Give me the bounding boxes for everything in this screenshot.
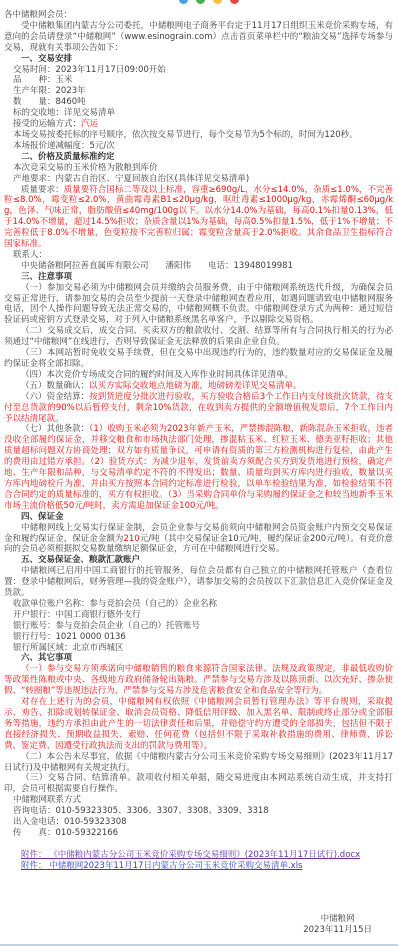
origin-line: 产地要求：内蒙古自治区、宁夏回族自治区(具体详见交易清单) xyxy=(4,174,393,185)
section-3-title: 三、注意事项 xyxy=(4,272,393,283)
funds-phone-line: 出入金电话：010-59323308 xyxy=(4,817,393,828)
platform-contact-title: 中储粮网联系方式 xyxy=(4,795,393,806)
signature-org: 中储粮网 xyxy=(303,914,372,925)
section-2-title: 二、价格及质量标准约定 xyxy=(4,152,393,163)
bid-step-line: 本场报价递减幅度：5元/次 xyxy=(4,141,393,152)
settlement-label: （六）资金结算： xyxy=(21,392,89,402)
quantity-confirm-label: （五）数量确认： xyxy=(21,381,89,391)
bank-account-line: 银行账号：参与竞拍会员企业（自己的）托管账号 xyxy=(4,621,393,632)
documents-auto-generate-paragraph: （三）交易合同、结算清单、款项收付相关单据，随交易进度由本网站系统自动生成，并支… xyxy=(4,773,393,795)
bank-intro-paragraph: 中储粮网已启用中国工商银行的托管服务，每位会员都有自己独立的中储粮网托管账户（查… xyxy=(4,566,393,599)
share-yellow-icon[interactable] xyxy=(213,0,222,4)
transport-value: 汽运 xyxy=(81,119,98,129)
section-6-title: 六、其它事项 xyxy=(4,653,393,664)
production-year-line: 生产年限：2023年 xyxy=(4,86,393,97)
note-6-paragraph: （六）资金结算：按到货进度分批次进行验收，买方验收合格后3个工作日内支付该批次货… xyxy=(4,392,393,425)
note-3-paragraph: （三）本网站暂时免收交易手续费，但在交易中出现违约行为的，违约数量对应的交易保证… xyxy=(4,348,393,370)
compliance-paragraph: （一）参与交易方须承诺向中储粮销售的粮食来源符合国家法律、法规及政策规定，非最低… xyxy=(4,664,393,697)
quality-paragraph: 质量要求：质量要符合国标二等及以上标准，容重≥690g/L，水分≤14.0%，杂… xyxy=(4,185,393,250)
session-rule-line: 本场交易按委托标的序号顺序，依次按交易节进行，每个交易节为5个标的，时间为120… xyxy=(4,130,393,141)
note-2-paragraph: （二）交易成交后，成交合同、买卖双方的粮款收付、交割、结算等所有与合同执行相关的… xyxy=(4,326,393,348)
consult-phone-line: 咨询电话：010-59323305、3306、3307、3308、3309、33… xyxy=(4,806,393,817)
other-terms-text: （1）收购玉米必须为2023年新产玉米，严禁掺混陈粮，新陈混杂玉米拒收，违者没收… xyxy=(4,424,393,510)
variety-line: 品 种：玉米 xyxy=(4,75,393,86)
bank-number-line: 银行行号：1021 0000 0136 xyxy=(4,632,393,643)
other-terms-label: （七）其他条款： xyxy=(21,424,89,434)
delivery-place-line: 标的交收地：详见交易清单 xyxy=(4,108,393,119)
quality-requirements: 质量要符合国标二等及以上标准，容重≥690g/L，水分≤14.0%，杂质≤1.0… xyxy=(4,185,393,250)
signature-block: 中储粮网 2023年11月15日 xyxy=(303,914,372,936)
penalty-paragraph: 对存在上述行为的会员，中储粮网有权依照《中储粮网会员暂行管理办法》等平台规则，采… xyxy=(4,697,393,752)
section-4-title: 四、保证金 xyxy=(4,512,393,523)
quantity-confirm-text: 以买方实际交收地点地磅为准，地磅磅差详见交易清单。 xyxy=(89,381,302,391)
payee-account-name-line: 收款单位账户名称：参与竞拍会员（自己的）企业名称 xyxy=(4,599,393,610)
signature-date: 2023年11月15日 xyxy=(303,925,372,936)
share-green-icon[interactable] xyxy=(196,0,205,4)
quality-label: 质量要求： xyxy=(21,185,64,195)
price-basis-line: 本次竞采交易的玉米价格为散粮到库价 xyxy=(4,163,393,174)
note-4-paragraph: （四）本次竞价专场成交合同的履约时间及入库作业时间具体详见清单。 xyxy=(4,370,393,381)
announcement-body: 各中储粮网会员： 受中储粮集团内蒙古分公司委托，中储粮网电子商务平台定于11月1… xyxy=(0,8,398,872)
announcement-page: ··· 各中储粮网会员： 受中储粮集团内蒙古分公司委托，中储粮网电子商务平台定于… xyxy=(0,0,398,946)
intro-paragraph: 受中储粮集团内蒙古分公司委托，中储粮网电子商务平台定于11月17日组织玉米竞价采… xyxy=(4,21,393,54)
fax-line: 传 真：010-59322166 xyxy=(4,828,393,839)
transport-label: 接受的运输方式： xyxy=(13,119,81,129)
attachment-rules-docx-link[interactable]: 附件： 《中储粮内蒙古分公司玉米竞价采购专场交易细则》(2023年11月17日试… xyxy=(4,850,393,861)
bank-name-line: 开户银行：中国工商银行德外支行 xyxy=(4,610,393,621)
rules-reference-paragraph: （二）本公告未尽事宜，依据《中储粮内蒙古分公司玉米竞价采购专场交易细则》(202… xyxy=(4,752,393,774)
attachment-list-xls-link[interactable]: 附件： 中储粮网2023年11月17日内蒙古分公司玉米竞价采购交易清单.xls xyxy=(4,861,393,872)
attachments: 附件： 《中储粮内蒙古分公司玉米竞价采购专场交易细则》(2023年11月17日试… xyxy=(4,850,393,872)
deposit-amount: 210 xyxy=(123,534,139,544)
quantity-line: 数 量：8460吨 xyxy=(4,97,393,108)
share-bar: ··· xyxy=(0,0,398,8)
bank-region-line: 银行所属区域：北京市西城区 xyxy=(4,643,393,654)
section-5-title: 五、交易保证金、粮款汇款账户 xyxy=(4,555,393,566)
contact-label: 联系人： xyxy=(4,250,393,261)
salutation: 各中储粮网会员： xyxy=(4,10,393,21)
trade-time-line: 交易时间：2023年11月17日09:00开始 xyxy=(4,65,393,76)
note-1-paragraph: （一）参加交易必须为中储粮网会员并缴纳会员服务费，由于中储粮网系统迭代升级，为确… xyxy=(4,283,393,327)
share-blue-icon[interactable] xyxy=(179,0,188,4)
note-7-paragraph: （七）其他条款：（1）收购玉米必须为2023年新产玉米，严禁掺混陈粮，新陈混杂玉… xyxy=(4,424,393,511)
contact-line: 中央储备粮阿拉善直属库有限公司 潘阳伟 电话：13948019981 xyxy=(4,261,393,272)
deposit-paragraph: 中储粮网线上交易实行保证金制，会员企业参与交易前须向中储粮网会员资金账户内预交交… xyxy=(4,523,393,556)
note-5-paragraph: （五）数量确认：以买方实际交收地点地磅为准，地磅磅差详见交易清单。 xyxy=(4,381,393,392)
more-icon[interactable]: ··· xyxy=(158,0,170,3)
transport-line: 接受的运输方式：汽运 xyxy=(4,119,393,130)
share-red-icon[interactable] xyxy=(230,0,239,4)
section-1-title: 一、交易安排 xyxy=(4,54,393,65)
